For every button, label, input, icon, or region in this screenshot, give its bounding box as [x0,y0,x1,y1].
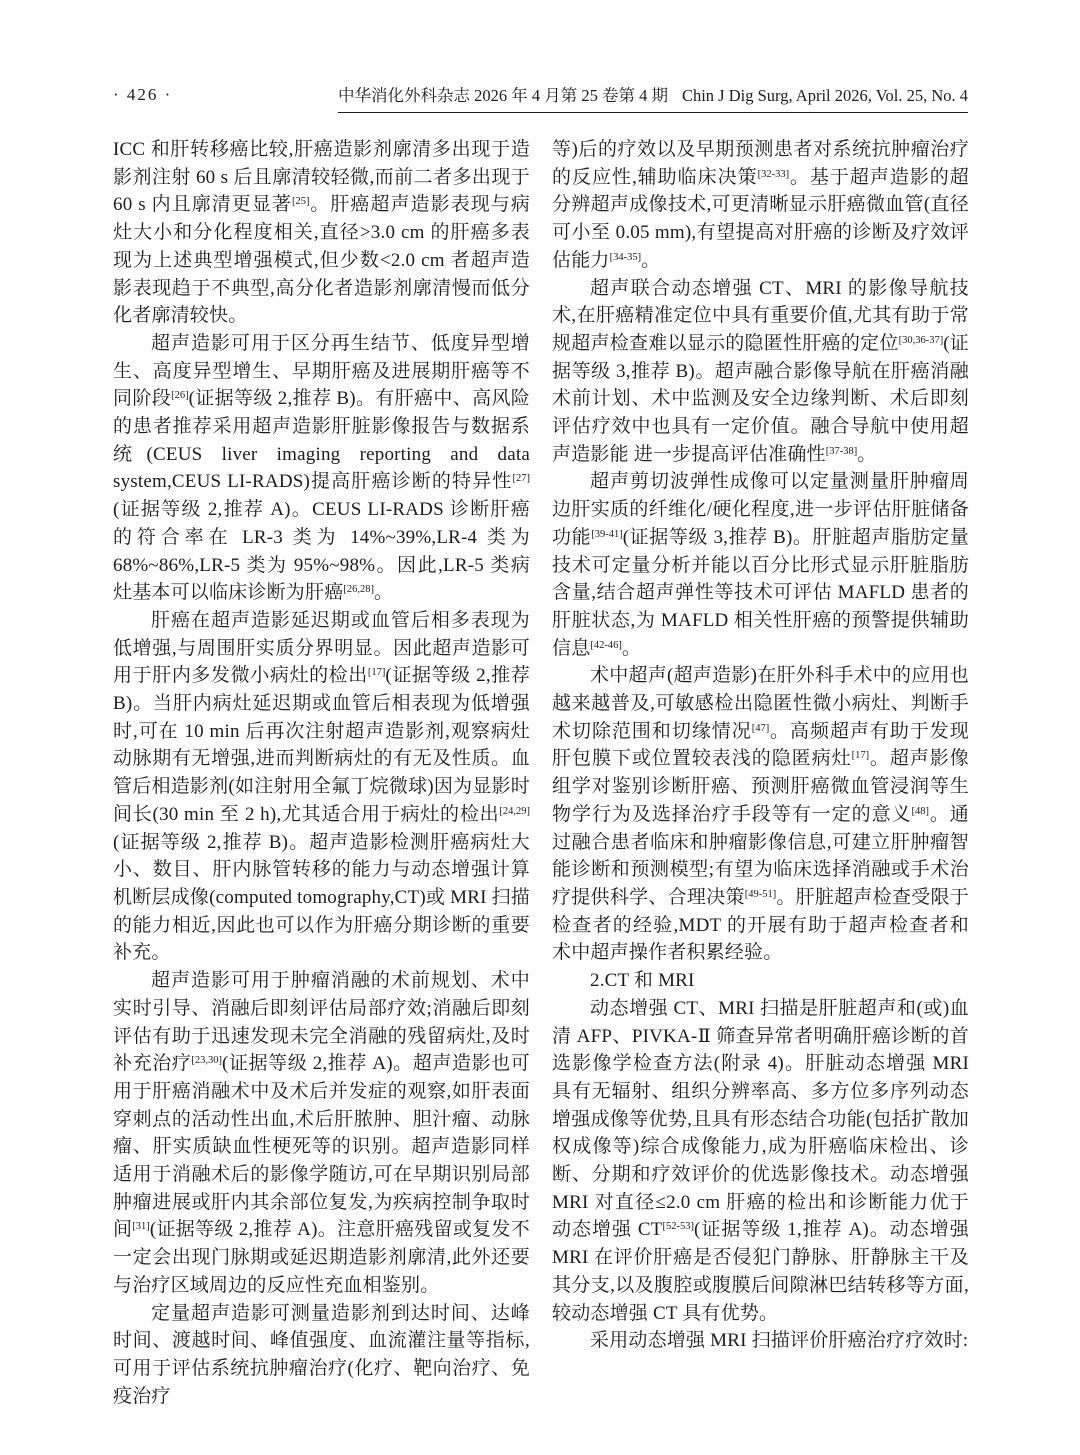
reference-marker: [17] [852,750,870,761]
reference-marker: [47] [752,723,770,734]
paragraph: 超声造影可用于肿瘤消融的术前规划、术中实时引导、消融后即刻评估局部疗效;消融后即… [113,967,530,1299]
paragraph: ICC 和肝转移癌比较,肝癌造影剂廓清多出现于造影剂注射 60 s 后且廓清较轻… [113,136,530,330]
reference-marker: [30,36-37] [899,335,944,346]
journal-title-en: Chin J Dig Surg, April 2026, Vol. 25, No… [682,86,968,105]
reference-marker: [49-51] [745,889,777,900]
left-column: ICC 和肝转移癌比较,肝癌造影剂廓清多出现于造影剂注射 60 s 后且廓清较轻… [113,136,530,1410]
reference-marker: [17] [368,667,386,678]
paragraph: 采用动态增强 MRI 扫描评价肝癌治疗疗效时: [552,1327,969,1355]
reference-marker: [25] [292,196,310,207]
reference-marker: [39-41] [591,529,623,540]
paragraph: 定量超声造影可测量造影剂到达时间、达峰时间、渡越时间、峰值强度、血流灌注量等指标… [113,1300,530,1411]
right-column: 等)后的疗效以及早期预测患者对系统抗肿瘤治疗的反应性,辅助临床决策[32-33]… [552,136,969,1355]
paragraph: 动态增强 CT、MRI 扫描是肝脏超声和(或)血清 AFP、PIVKA-Ⅱ 筛查… [552,995,969,1327]
paragraph: 超声剪切波弹性成像可以定量测量肝肿瘤周边肝实质的纤维化/硬化程度,进一步评估肝脏… [552,468,969,662]
page-number: · 426 · [113,85,172,105]
paragraph: 肝癌在超声造影延迟期或血管后相多表现为低增强,与周围肝实质分界明显。因此超声造影… [113,607,530,967]
reference-marker: [48] [912,806,930,817]
section-heading: 2.CT 和 MRI [552,967,969,995]
reference-marker: [23,30] [191,1055,222,1066]
journal-title-cn: 中华消化外科杂志 2026 年 4 月第 25 卷第 4 期 [338,86,668,105]
reference-marker: [24,29] [499,806,530,817]
paragraph: 术中超声(超声造影)在肝外科手术中的应用也越来越普及,可敏感检出隐匿性微小病灶、… [552,662,969,967]
reference-marker: [26,28] [343,584,374,595]
journal-header: 中华消化外科杂志 2026 年 4 月第 25 卷第 4 期Chin J Dig… [338,82,968,113]
reference-marker: [42-46] [590,640,622,651]
reference-marker: [31] [132,1221,150,1232]
reference-marker: [34-35] [610,252,642,263]
paragraph: 超声联合动态增强 CT、MRI 的影像导航技术,在肝癌精准定位中具有重要价值,尤… [552,275,969,469]
reference-marker: [26] [171,390,189,401]
paragraph: 超声造影可用于区分再生结节、低度异型增生、高度异型增生、早期肝癌及进展期肝癌等不… [113,330,530,607]
reference-marker: [37-38] [826,446,858,457]
reference-marker: [27] [513,473,531,484]
paragraph: 等)后的疗效以及早期预测患者对系统抗肿瘤治疗的反应性,辅助临床决策[32-33]… [552,136,969,275]
reference-marker: [52-53] [663,1221,695,1232]
reference-marker: [32-33] [758,169,790,180]
